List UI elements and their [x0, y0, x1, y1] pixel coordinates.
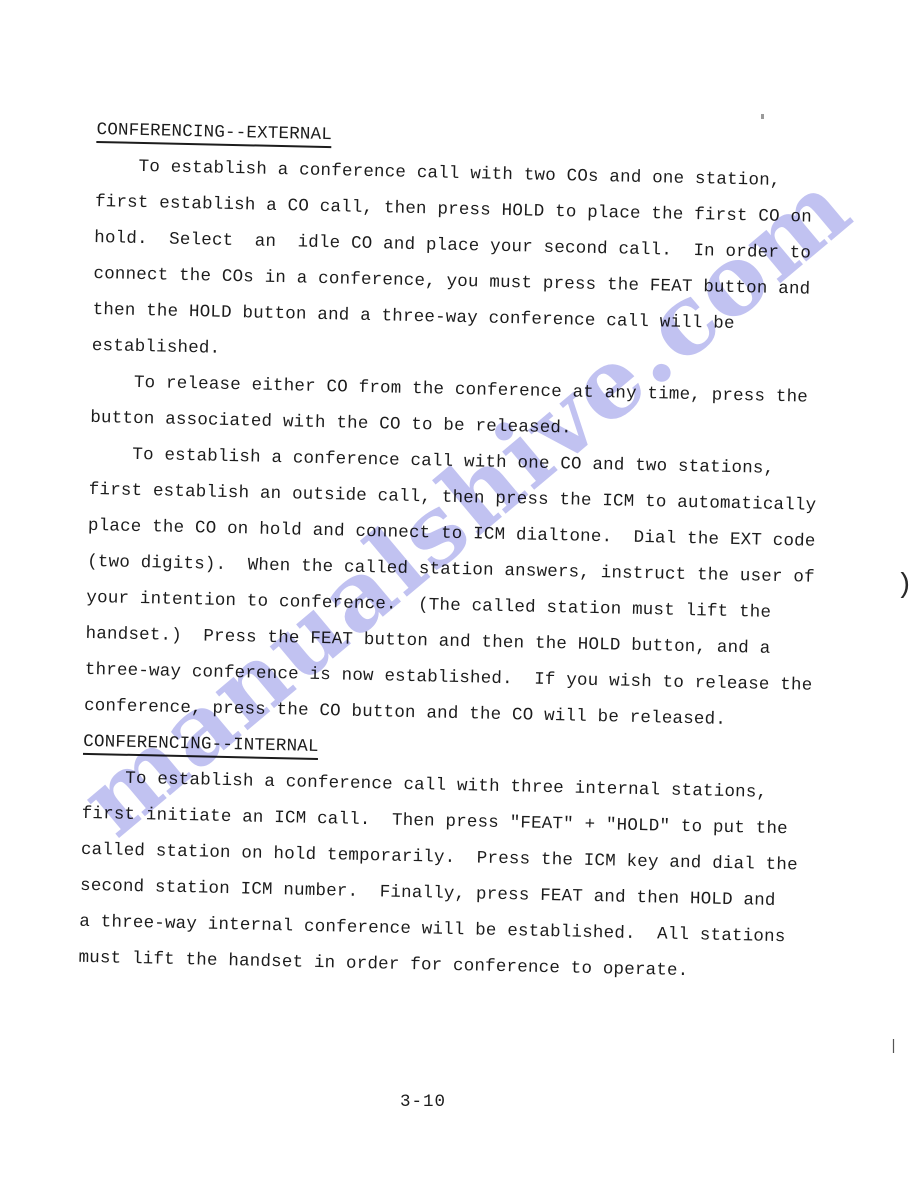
section-heading-internal-label: CONFERENCING--INTERNAL	[83, 732, 319, 760]
scan-artifact-tick: |	[889, 1038, 898, 1055]
scan-artifact-paren: )	[896, 570, 913, 601]
page-number: 3-10	[400, 1092, 446, 1112]
section-heading-external-label: CONFERENCING--EXTERNAL	[96, 120, 332, 148]
scanned-manual-page: CONFERENCING--EXTERNAL To establish a co…	[0, 0, 918, 1188]
scan-artifact-speck	[761, 114, 764, 119]
document-text: CONFERENCING--EXTERNAL To establish a co…	[78, 112, 857, 992]
